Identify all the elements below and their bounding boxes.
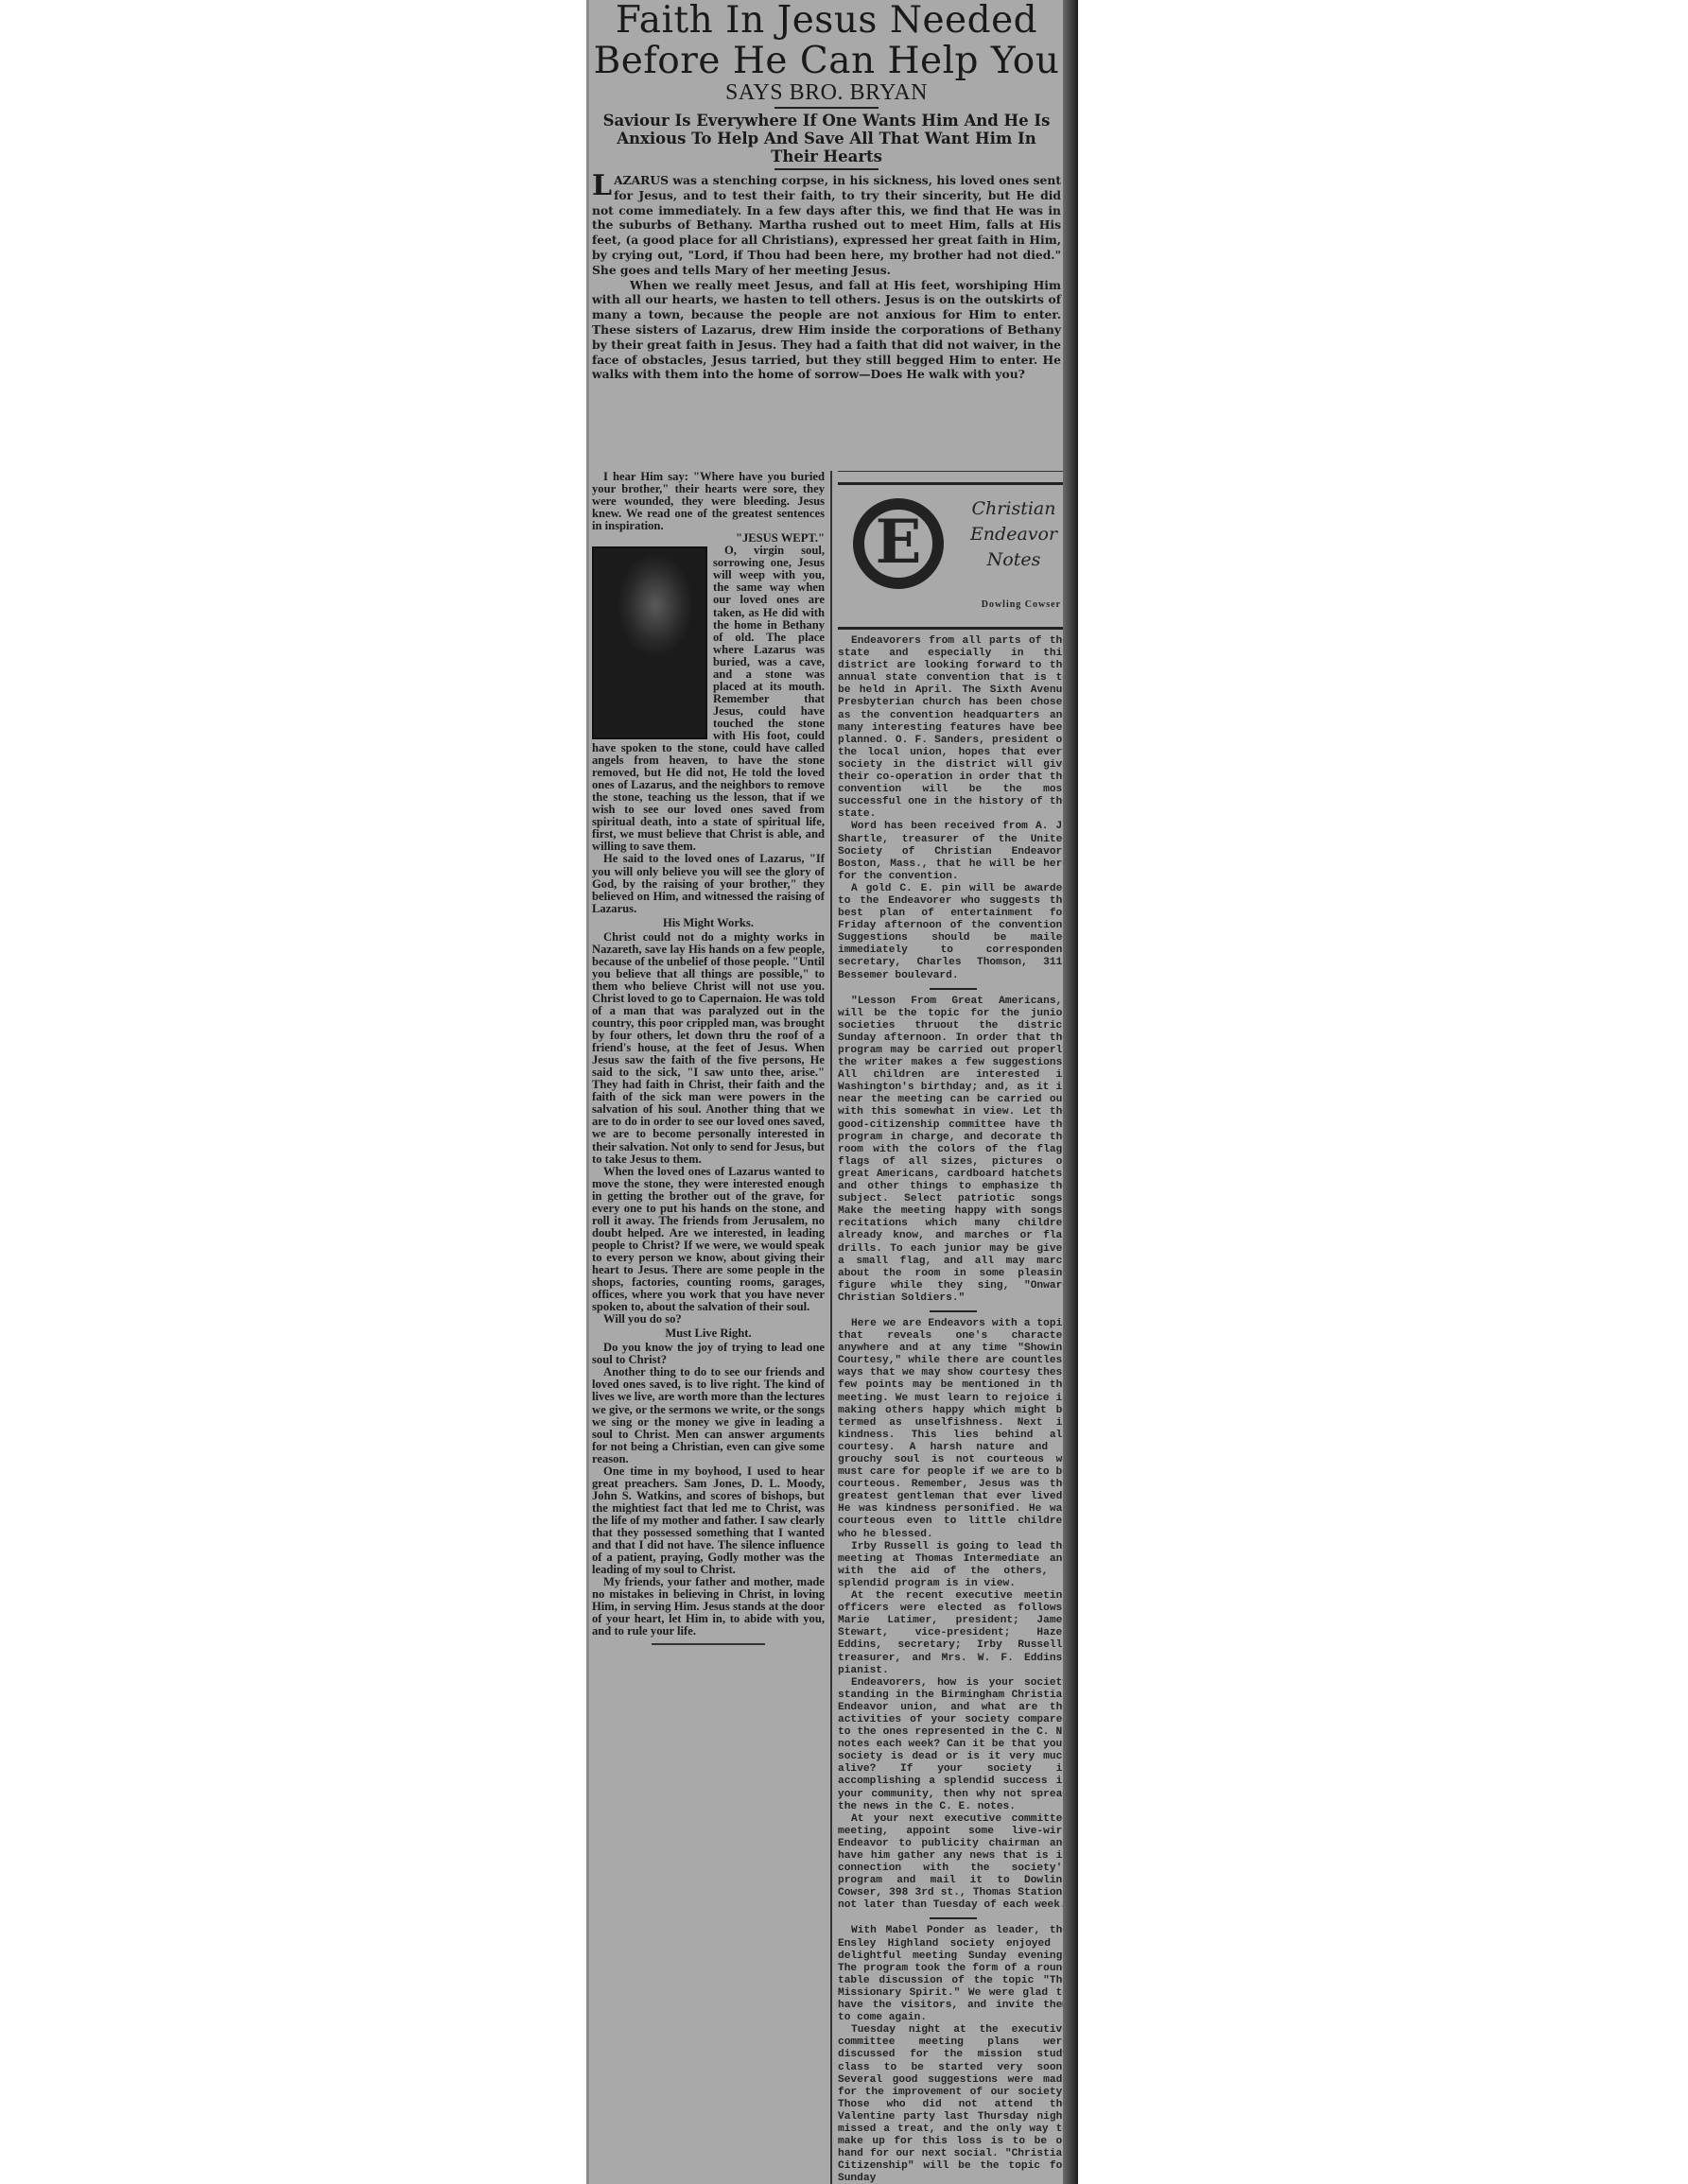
article-headline: Faith In Jesus Needed Before He Can Help… bbox=[586, 0, 1078, 170]
paragraph: He said to the loved ones of Lazarus, "I… bbox=[592, 853, 825, 914]
paragraph: Tuesday night at the executive committee… bbox=[838, 2024, 1069, 2184]
newspaper-clipping: Faith In Jesus Needed Before He Can Help… bbox=[586, 0, 1078, 2184]
paragraph: When the loved ones of Lazarus wanted to… bbox=[592, 1166, 825, 1314]
paragraph: Irby Russell is going to lead the meetin… bbox=[838, 1541, 1069, 1590]
drop-cap: L bbox=[592, 175, 612, 198]
paragraph: "Lesson From Great Americans," will be t… bbox=[838, 996, 1069, 1305]
lead-paragraph-1: LAZARUS was a stenching corpse, in his s… bbox=[592, 173, 1061, 278]
paragraph: One time in my boyhood, I used to hear g… bbox=[592, 1465, 825, 1576]
column-title: Christian Endeavor Notes bbox=[959, 496, 1069, 573]
paragraph: Christ could not do a mighty works in Na… bbox=[592, 931, 825, 1166]
paragraph: At the recent executive meeting officers… bbox=[838, 1590, 1069, 1677]
two-column-body: I hear Him say: "Where have you buried y… bbox=[586, 471, 1078, 2184]
paragraph: Word has been received from A. J. Shartl… bbox=[838, 821, 1069, 882]
paragraph: A gold C. E. pin will be awarded to the … bbox=[838, 883, 1069, 982]
ce-emblem-icon: E bbox=[853, 498, 944, 589]
paragraph: I hear Him say: "Where have you buried y… bbox=[592, 471, 825, 532]
paragraph: Endeavorers, how is your society standin… bbox=[838, 1677, 1069, 1813]
divider bbox=[838, 627, 1069, 630]
paragraph: Do you know the joy of trying to lead on… bbox=[592, 1342, 825, 1366]
headline-byline: SAYS BRO. BRYAN bbox=[592, 81, 1061, 104]
subheading: Must Live Right. bbox=[592, 1327, 825, 1340]
paragraph: Will you do so? bbox=[592, 1313, 825, 1326]
paragraph: Endeavorers from all parts of the state … bbox=[838, 635, 1069, 821]
paragraph: My friends, your father and mother, made… bbox=[592, 1576, 825, 1638]
paragraph: Another thing to do to see our friends a… bbox=[592, 1366, 825, 1465]
end-divider bbox=[652, 1643, 765, 1645]
paragraph: Here we are Endeavors with a topic that … bbox=[838, 1318, 1069, 1541]
lead-paragraph-2: When we really meet Jesus, and fall at H… bbox=[592, 278, 1061, 383]
divider bbox=[930, 988, 977, 990]
endeavor-notes-column: E Christian Endeavor Notes Dowling Cowse… bbox=[838, 471, 1069, 2184]
divider bbox=[930, 1310, 977, 1312]
divider bbox=[774, 107, 879, 109]
headline-line-2: Before He Can Help You bbox=[592, 41, 1061, 81]
headline-line-1: Faith In Jesus Needed bbox=[592, 0, 1061, 41]
column-rule bbox=[830, 471, 832, 2184]
paragraph: With Mabel Ponder as leader, the Ensley … bbox=[838, 1925, 1069, 2024]
lead-paragraphs: LAZARUS was a stenching corpse, in his s… bbox=[586, 173, 1078, 382]
divider bbox=[930, 1917, 977, 1919]
portrait-photo bbox=[592, 546, 707, 739]
sermon-column: I hear Him say: "Where have you buried y… bbox=[592, 471, 825, 2184]
divider bbox=[774, 168, 879, 170]
christian-endeavor-header-box: E Christian Endeavor Notes Dowling Cowse… bbox=[838, 482, 1069, 627]
column-byline: Dowling Cowser bbox=[982, 598, 1061, 611]
subheading: His Might Works. bbox=[592, 917, 825, 929]
headline-deck: Saviour Is Everywhere If One Wants Him A… bbox=[592, 112, 1061, 165]
paragraph: At your next executive committee meeting… bbox=[838, 1813, 1069, 1913]
